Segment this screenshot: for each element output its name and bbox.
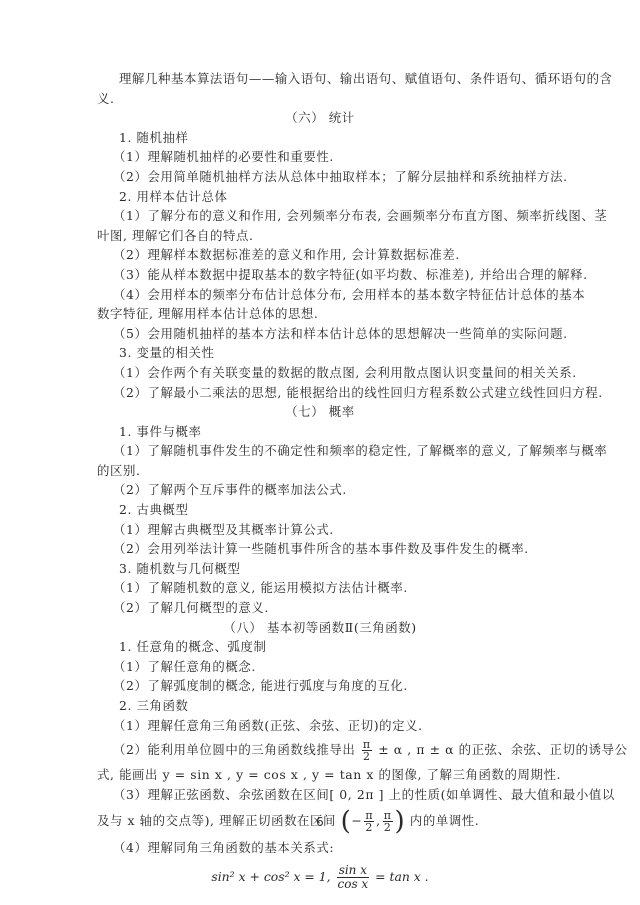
subsection-heading: 1. 任意角的概念、弧度制 (97, 637, 543, 657)
list-item: （4）理解同角三角函数的基本关系式: (97, 838, 543, 858)
subsection-heading: 1. 随机抽样 (97, 128, 543, 148)
list-item: （1）理解古典概型及其概率计算公式. (97, 520, 543, 540)
text-line: 数字特征, 理解用样本估计总体的思想. (97, 304, 543, 324)
list-item: （3）能从样本数据中提取基本的数字特征(如平均数、标准差), 并给出合理的解释. (97, 265, 543, 285)
text-segment: ± α , π ± α 的正弦、余弦、正切的诱导公 (378, 742, 627, 757)
text-line: 式, 能画出 y = sin x , y = cos x , y = tan x… (97, 765, 543, 785)
list-item: （1）理解任意角三角函数(正弦、余弦、正切)的定义. (97, 716, 543, 736)
list-item: （2）理解样本数据标准差的意义和作用, 会计算数据标准差. (97, 245, 543, 265)
fraction-denominator: 2 (362, 751, 372, 762)
subsection-heading: 1. 事件与概率 (97, 422, 543, 442)
list-item: （1）了解随机数的意义, 能运用模拟方法估计概率. (97, 578, 543, 598)
list-item: （5）会用随机抽样的基本方法和样本估计总体的思想解决一些简单的实际问题. (97, 324, 543, 344)
list-item: （1）会作两个有关联变量的数据的散点图, 会利用散点图认识变量间的相关关系. (97, 363, 543, 383)
identity-formula: sin² x + cos² x = 1, sin x cos x = tan x… (97, 858, 543, 896)
document-page: 理解几种基本算法语句——输入语句、输出语句、赋值语句、条件语句、循环语句的含 义… (97, 69, 543, 896)
list-item: （3）理解正弦函数、余弦函数在区间[ 0, 2π ] 上的性质(如单调性、最大值… (97, 785, 543, 805)
list-item: （1）理解随机抽样的必要性和重要性. (97, 147, 543, 167)
list-item: （2）了解最小二乘法的思想, 能根据给出的线性回归方程系数公式建立线性回归方程. (97, 383, 543, 403)
list-item: （2）会用列举法计算一些随机事件所含的基本事件数及事件发生的概率. (97, 539, 543, 559)
fraction-sin-over-cos: sin x cos x (337, 864, 370, 891)
section-heading-7: （七） 概率 (97, 402, 543, 422)
list-item: （1）了解随机事件发生的不确定性和频率的稳定性, 了解概率的意义, 了解频率与概… (97, 441, 543, 461)
formula-segment: = tan x . (375, 869, 428, 884)
fraction-pi-over-2: π 2 (362, 739, 372, 762)
text-line: 义. (97, 89, 543, 109)
section-heading-6: （六） 统计 (97, 108, 543, 128)
fraction-numerator: sin x (337, 864, 370, 878)
list-item: （2）了解弧度制的概念, 能进行弧度与角度的互化. (97, 676, 543, 696)
list-item: （1）了解分布的意义和作用, 会列频率分布表, 会画频率分布直方图、频率折线图、… (97, 206, 543, 226)
subsection-heading: 3. 变量的相关性 (97, 343, 543, 363)
subsection-heading: 3. 随机数与几何概型 (97, 559, 543, 579)
list-item: （2）了解几何概型的意义. (97, 598, 543, 618)
text-segment: （2）能利用单位圆中的三角函数线推导出 (113, 742, 355, 757)
list-item: （2）会用简单随机抽样方法从总体中抽取样本；了解分层抽样和系统抽样方法. (97, 167, 543, 187)
subsection-heading: 2. 三角函数 (97, 696, 543, 716)
list-item: （2）了解两个互斥事件的概率加法公式. (97, 480, 543, 500)
fraction-denominator: cos x (337, 878, 370, 891)
formula-segment: sin² x + cos² x = 1, (211, 869, 330, 884)
page-number: 6 (0, 815, 640, 829)
subsection-heading: 2. 古典概型 (97, 500, 543, 520)
list-item: （1）了解任意角的概念. (97, 657, 543, 677)
text-line: 的区别. (97, 461, 543, 481)
subsection-heading: 2. 用样本估计总体 (97, 187, 543, 207)
text-line: 理解几种基本算法语句——输入语句、输出语句、赋值语句、条件语句、循环语句的含 (97, 69, 543, 89)
list-item: （4）会用样本的频率分布估计总体分布, 会用样本的基本数字特征估计总体的基本 (97, 285, 543, 305)
text-line: 叶图, 理解它们各自的特点. (97, 226, 543, 246)
list-item-with-fraction: （2）能利用单位圆中的三角函数线推导出 π 2 ± α , π ± α 的正弦、… (97, 735, 543, 765)
section-heading-8: （八） 基本初等函数Ⅱ(三角函数) (97, 618, 543, 638)
